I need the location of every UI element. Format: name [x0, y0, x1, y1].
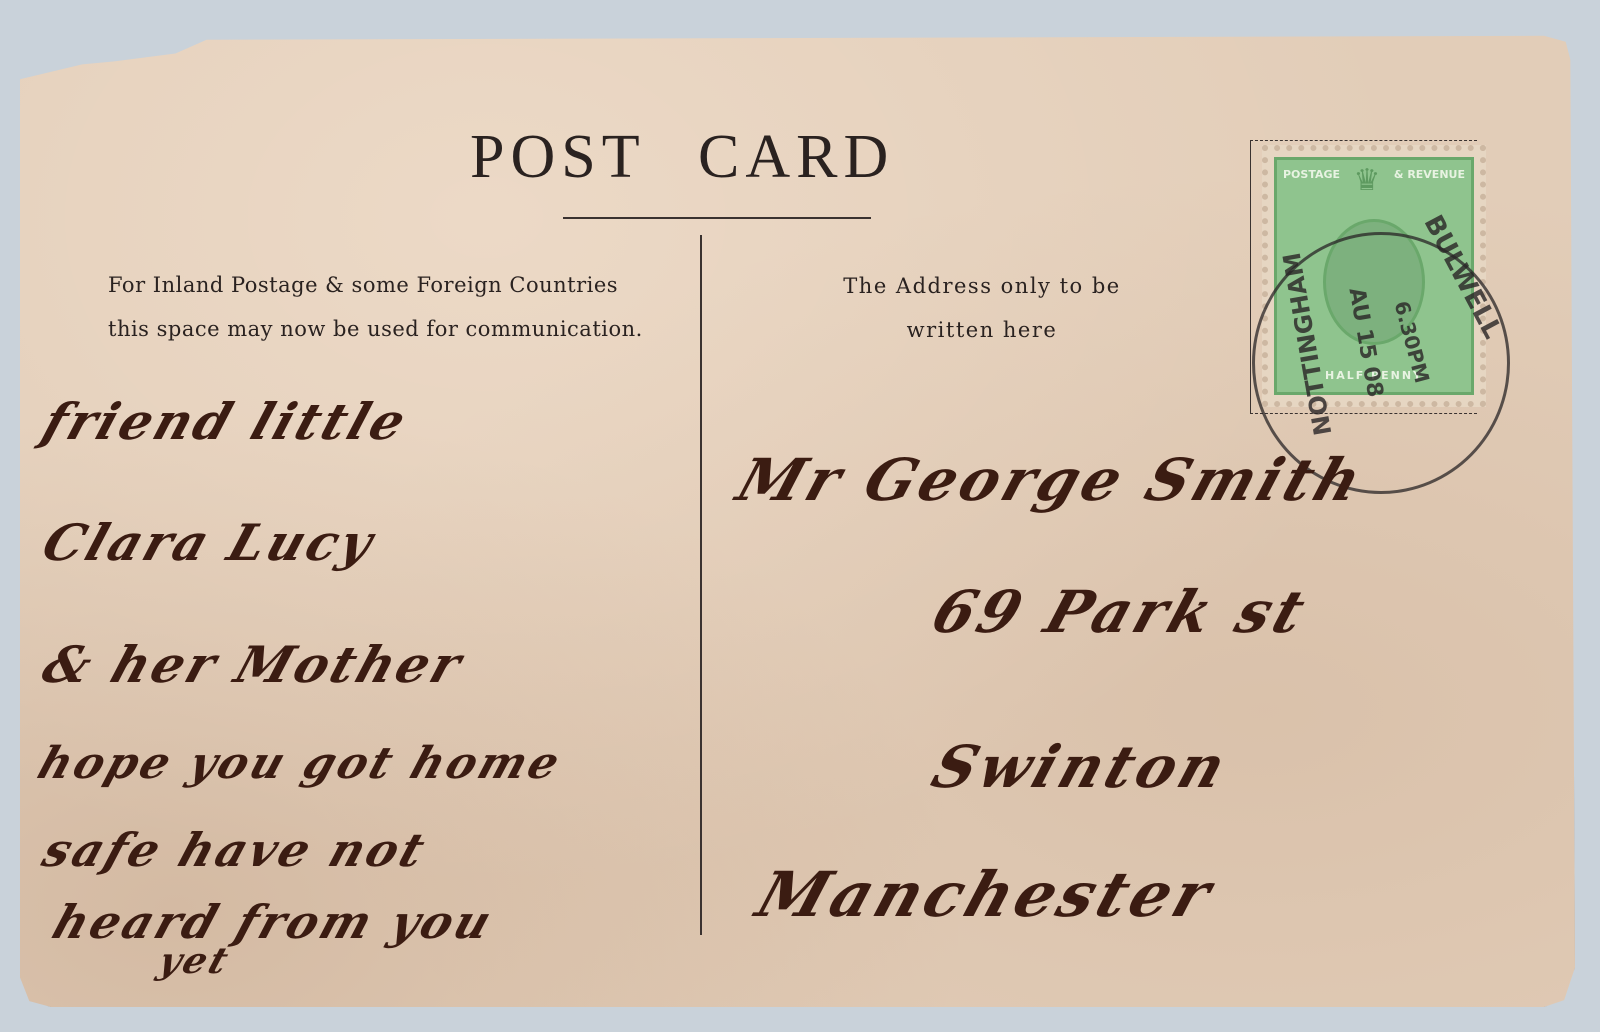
message-instruction: For Inland Postage & some Foreign Countr… — [108, 263, 643, 351]
message-instruction-line: this space may now be used for communica… — [108, 307, 643, 351]
postcard-title: POST CARD — [470, 122, 970, 193]
address-line-name: Mr George Smith — [729, 446, 1374, 514]
stamp-label-postage: POSTAGE — [1283, 168, 1340, 194]
message-instruction-line: For Inland Postage & some Foreign Countr… — [108, 263, 643, 307]
message-line: yet — [153, 940, 236, 982]
address-line-street: 69 Park st — [924, 578, 1317, 646]
message-line: safe have not — [36, 823, 434, 877]
message-line: hope you got home — [32, 738, 569, 789]
stamp-label-revenue: & REVENUE — [1394, 168, 1465, 194]
address-line-city: Manchester — [748, 858, 1224, 931]
center-divider — [700, 235, 702, 935]
title-underline — [563, 217, 871, 219]
crown-icon: ♛ — [1354, 168, 1381, 194]
address-instruction: The Address only to be written here — [796, 264, 1168, 352]
message-line: & her Mother — [35, 635, 471, 694]
address-instruction-line: The Address only to be — [796, 264, 1168, 308]
message-line: friend little — [35, 392, 416, 451]
stamp-header: POSTAGE ♛ & REVENUE — [1277, 160, 1471, 194]
address-line-town: Swinton — [924, 733, 1238, 801]
message-line: Clara Lucy — [35, 513, 383, 572]
message-line: heard from you — [46, 895, 501, 949]
address-instruction-line: written here — [796, 308, 1168, 352]
